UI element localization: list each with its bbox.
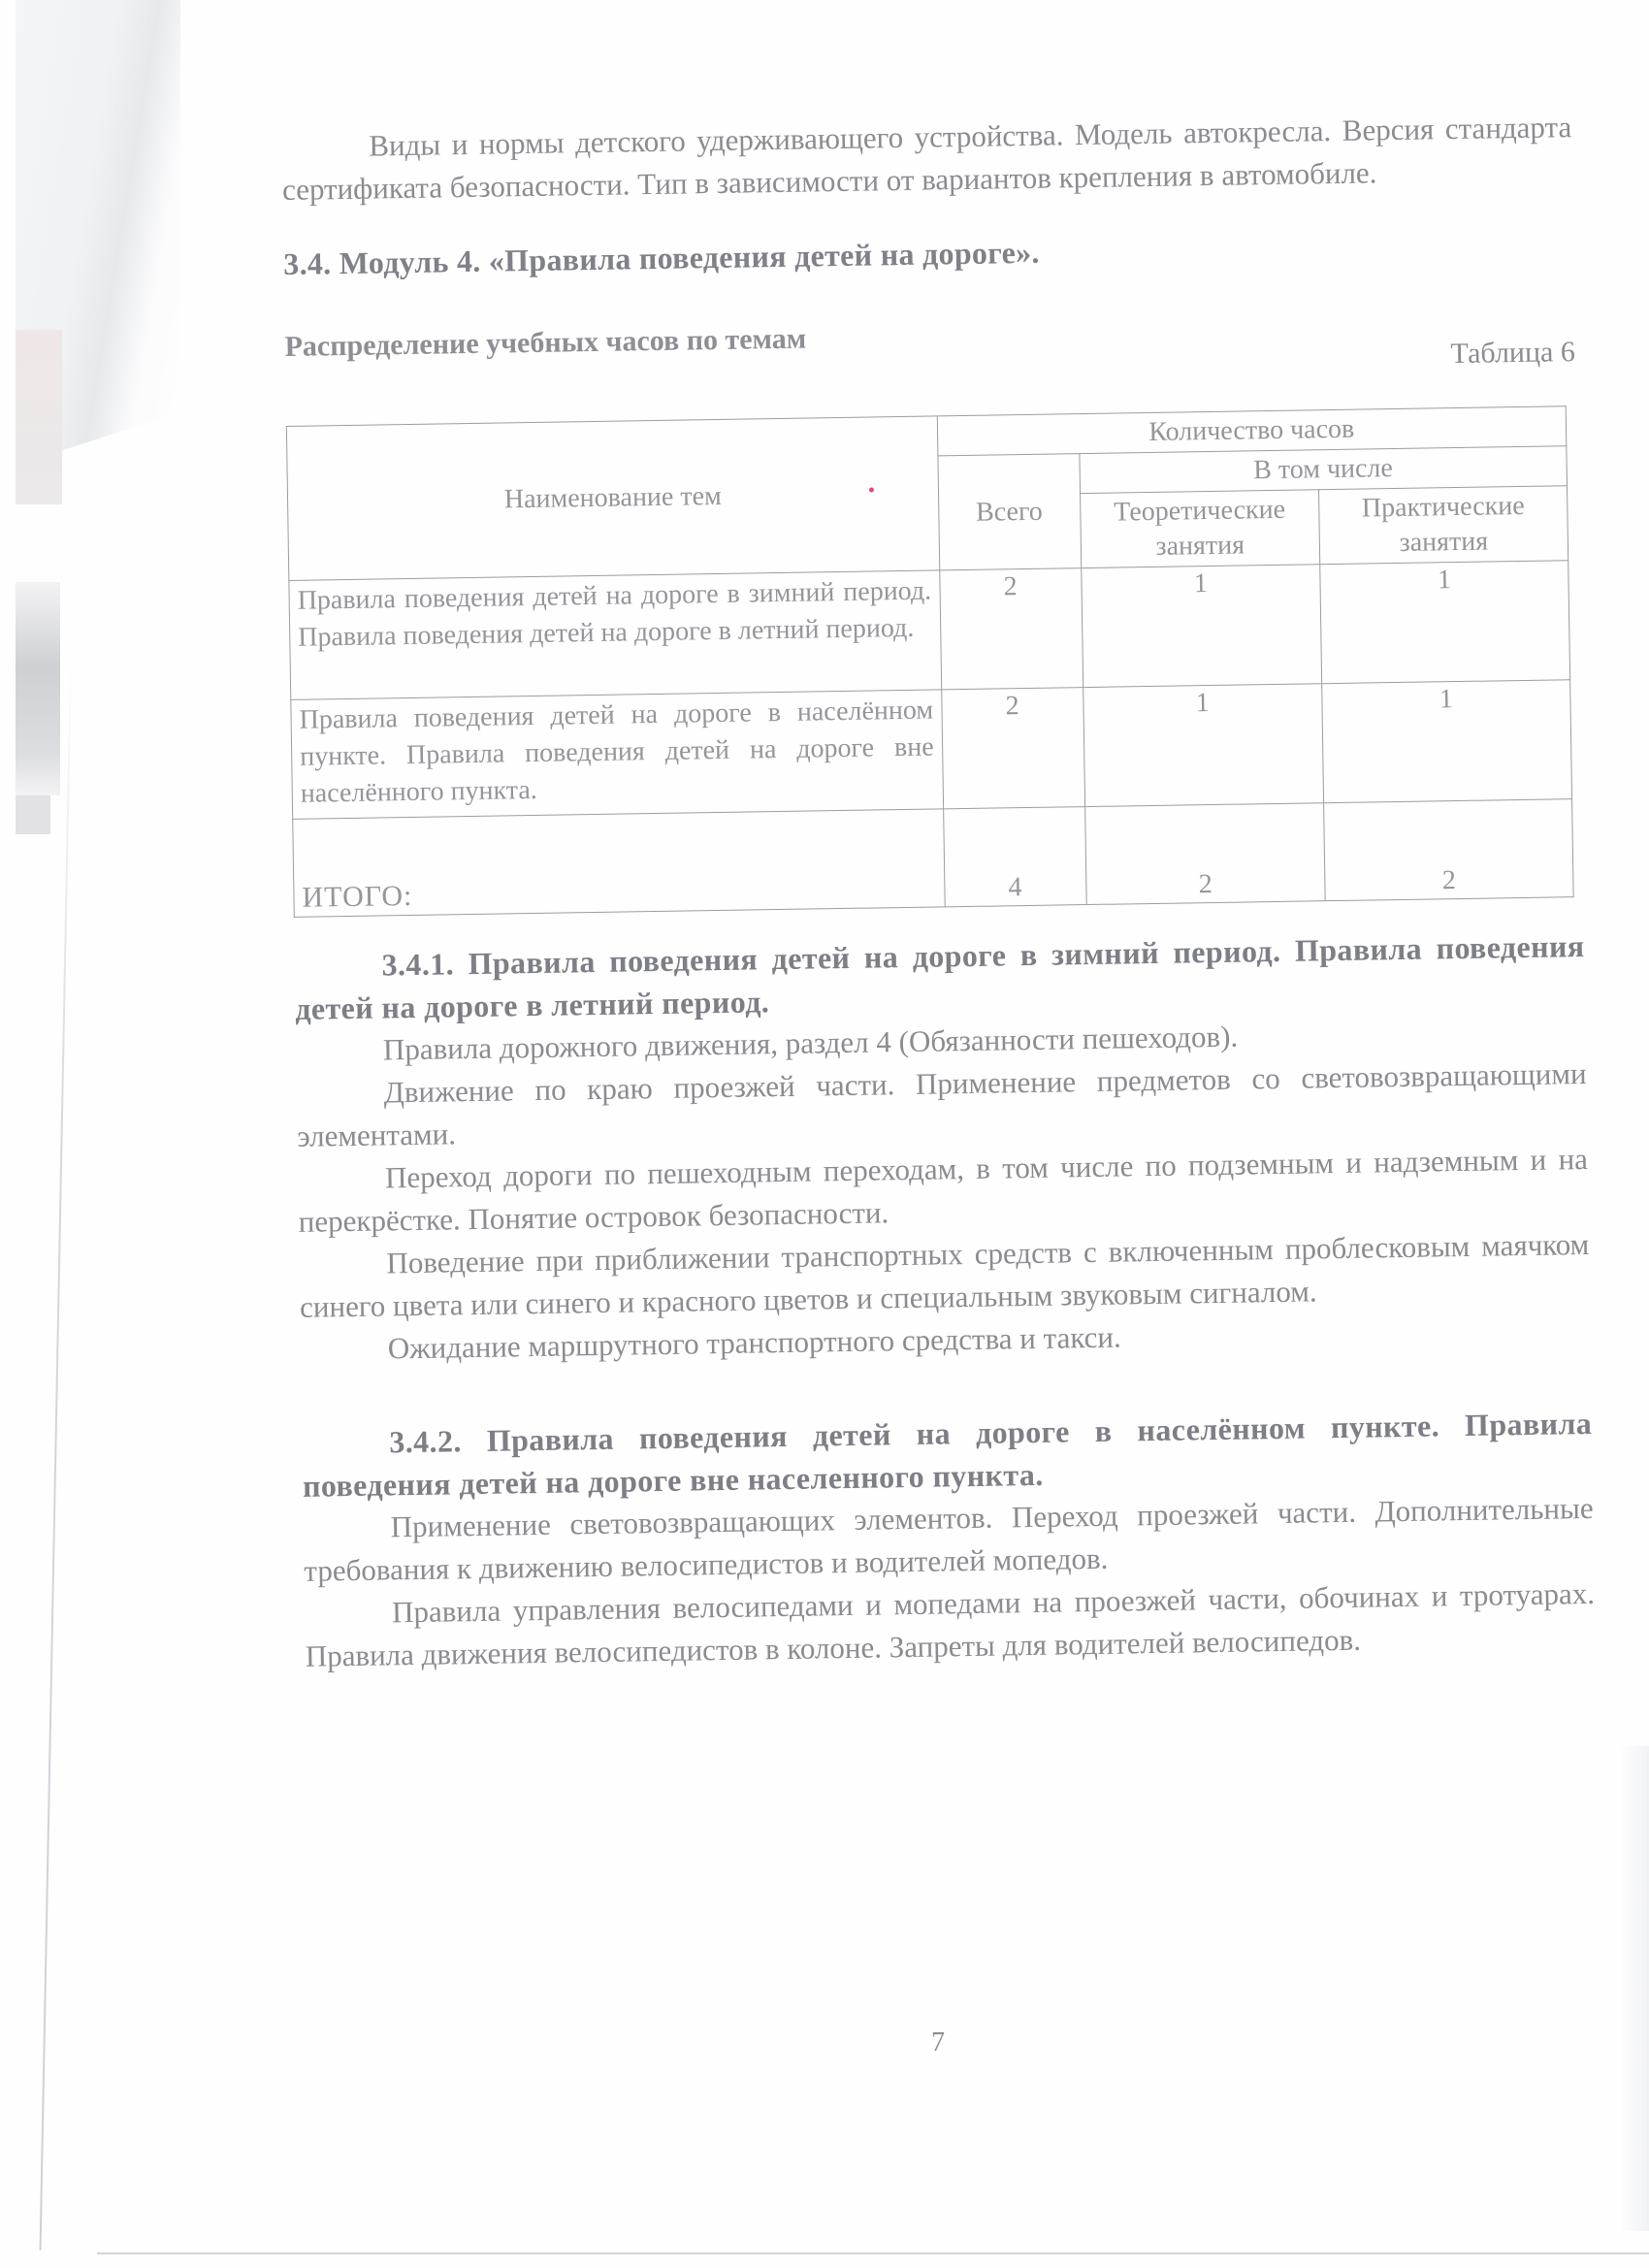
scan-shadow: [16, 330, 62, 504]
module-heading: 3.4. Модуль 4. «Правила поведения детей …: [283, 226, 1573, 282]
theoretical-cell: 1: [1081, 565, 1321, 688]
header-topic-name: Наименование тем: [286, 416, 939, 581]
scan-shadow: [1620, 1746, 1649, 2231]
total-cell: 2: [939, 568, 1083, 690]
total-label: ИТОГО:: [293, 809, 945, 918]
theoretical-cell: 2: [1084, 803, 1325, 905]
intro-paragraph: Виды и нормы детского удерживающего устр…: [281, 106, 1572, 211]
practical-cell: 2: [1324, 799, 1574, 901]
table-total-row: ИТОГО: 4 2 2: [293, 799, 1573, 918]
header-total: Всего: [937, 454, 1081, 570]
hours-table: Наименование тем Количество часов Всего …: [286, 405, 1574, 918]
scan-mark: [869, 487, 874, 492]
page-edge: [97, 2252, 1649, 2254]
total-cell: 2: [941, 688, 1084, 809]
header-theoretical: Теоретические занятия: [1080, 490, 1319, 568]
total-cell: 4: [943, 807, 1086, 907]
topic-cell: Правила поведения детей на дороге в насе…: [291, 690, 943, 820]
page-edge: [40, 660, 72, 2251]
header-practical: Практические занятия: [1318, 486, 1568, 565]
scan-shadow: [16, 582, 60, 795]
theoretical-cell: 1: [1083, 684, 1323, 807]
table-row: Правила поведения детей на дороге в насе…: [291, 680, 1572, 820]
scan-shadow: [16, 795, 50, 834]
practical-cell: 1: [1320, 561, 1570, 684]
topic-cell: Правила поведения детей на дороге в зимн…: [289, 570, 941, 700]
practical-cell: 1: [1322, 680, 1572, 803]
table-row: Правила поведения детей на дороге в зимн…: [289, 561, 1570, 700]
page-number: 7: [931, 2027, 945, 2058]
document-page: Виды и нормы детского удерживающего устр…: [281, 106, 1596, 1678]
